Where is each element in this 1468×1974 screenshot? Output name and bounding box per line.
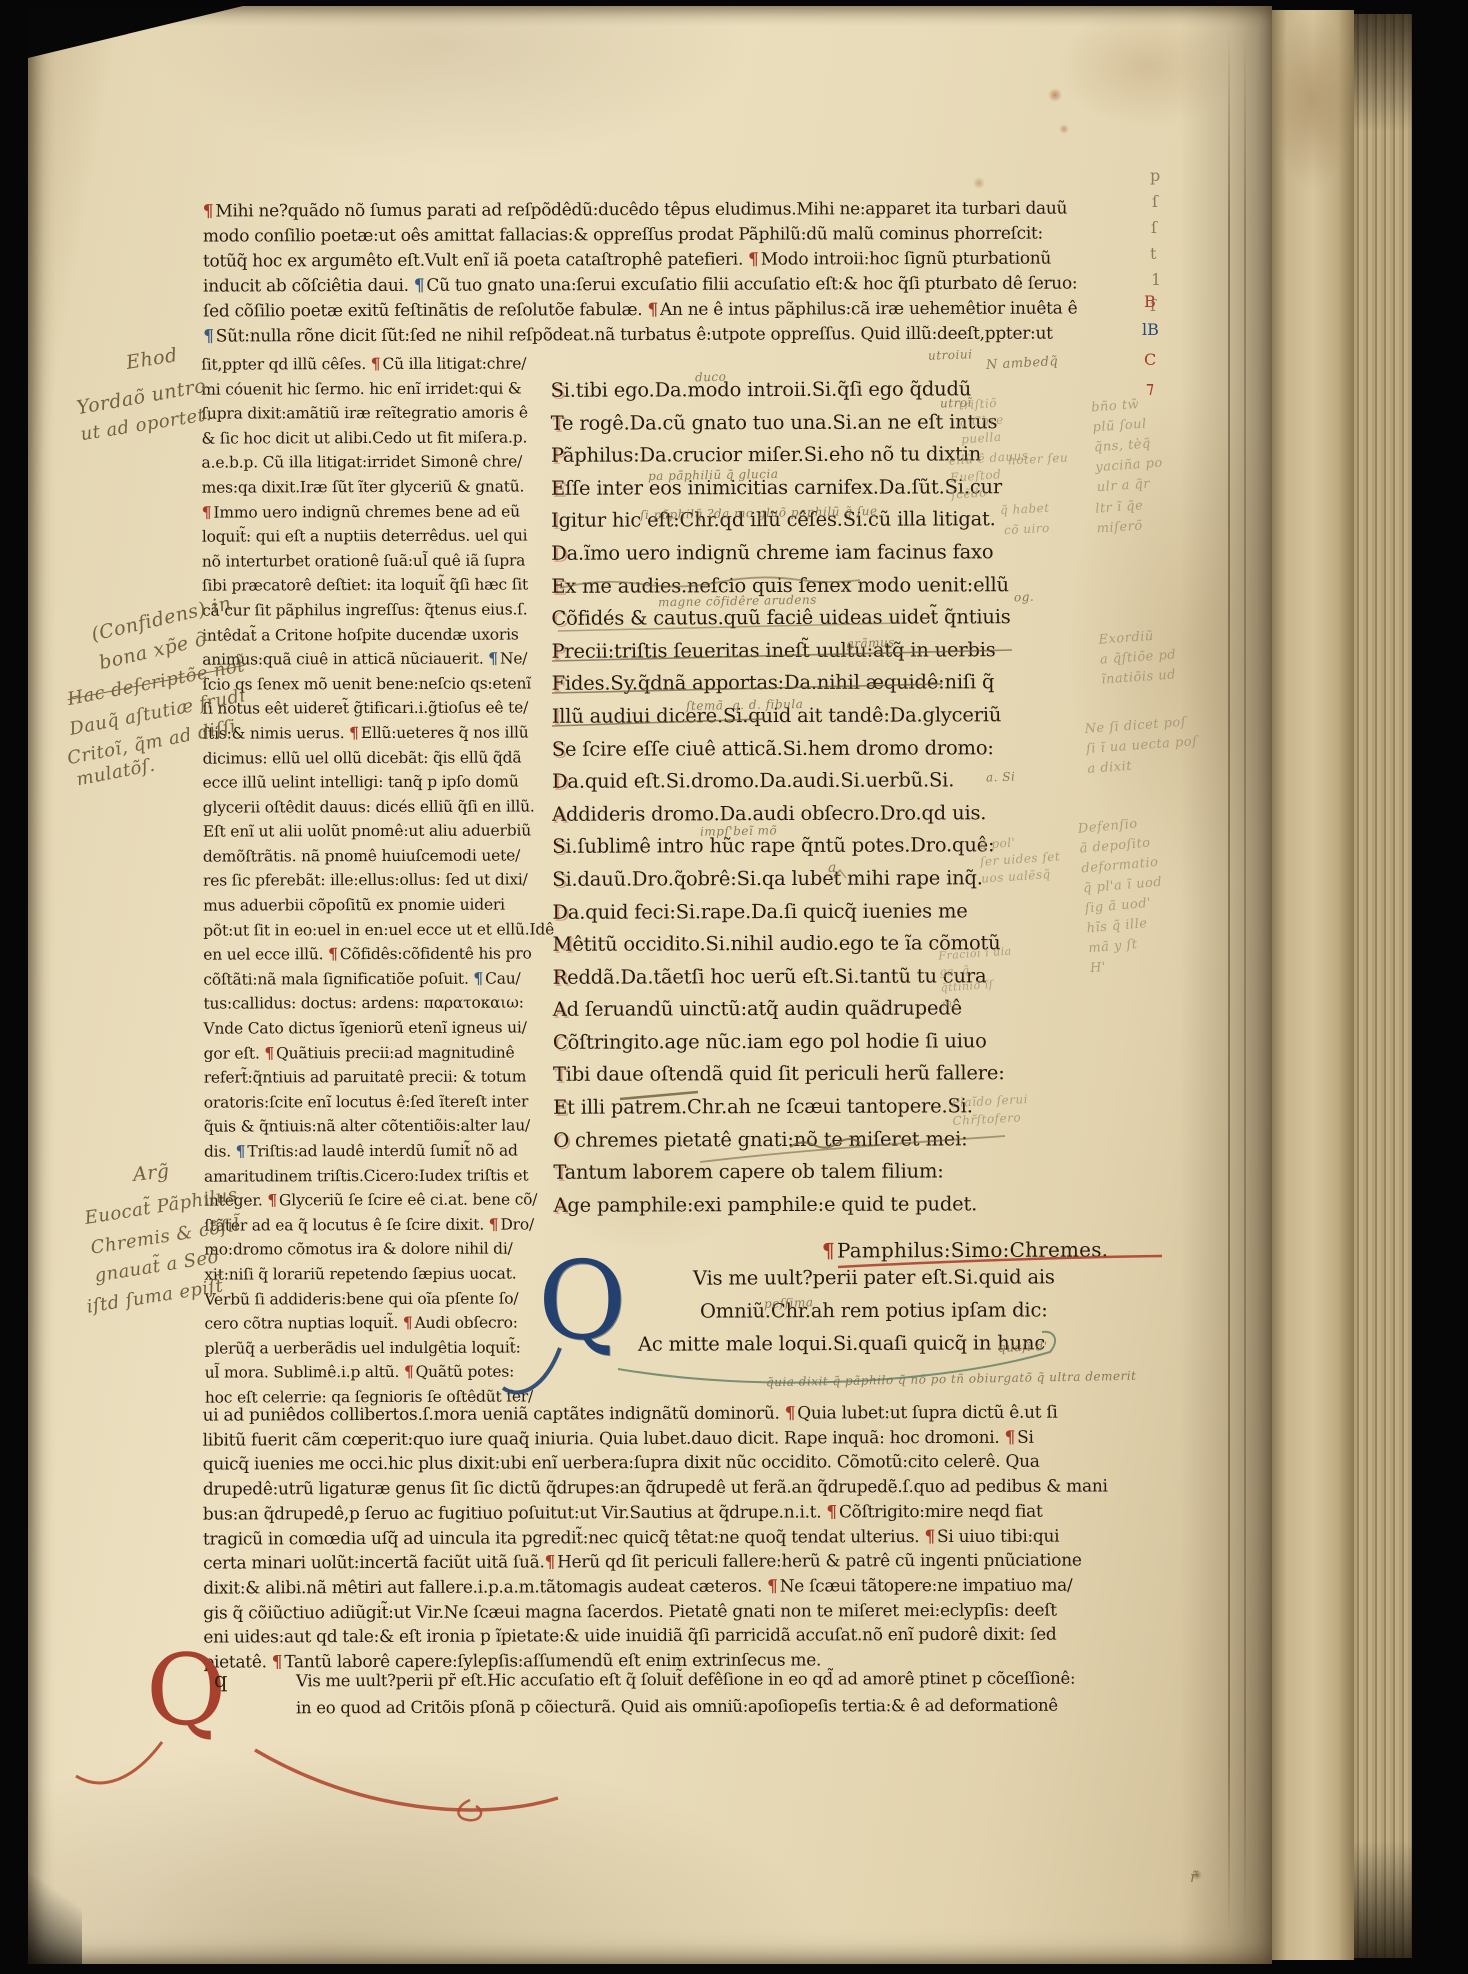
- commentary-line: demõſtrãtis. nã pnomê huiuſcemodi uete/: [203, 843, 554, 869]
- page-corner-shadow-bottom-left: [28, 1830, 82, 1964]
- verse-line: Mêtitũ occidito.Si.nihil audio.ego te ĩa…: [552, 927, 1011, 961]
- pilcrow-red-icon: ¶: [328, 944, 338, 963]
- commentary-line: res ſic pferebãt: ille:ellus:ollus: ſed …: [203, 868, 554, 894]
- verse-line: Illũ audiui dicere.Si.quid ait tandê:Da.…: [552, 699, 1011, 733]
- play-text-column: Si.tibi ego.Da.modo introii.Si.q̃ſi ego …: [551, 373, 1013, 1222]
- commentary-line: q̃uis & q̃ntiuis:nã alter cõtentiõis:alt…: [204, 1114, 555, 1140]
- commentary-line: tus:callidus: doctus: ardens: παρατοκαιω…: [203, 991, 554, 1017]
- commentary-line: modo conſilio poetæ:ut oês amittat falla…: [203, 221, 1077, 249]
- commentary-line: totũq̃ hoc ex argumêto eſt.Vult enĩ iã p…: [203, 246, 1077, 274]
- commentary-line: animus:quã ciuê in atticã nũciauerit. ¶N…: [202, 647, 553, 673]
- pilcrow-blue-icon: ¶: [203, 326, 214, 346]
- pilcrow-red-icon: ¶: [1005, 1427, 1016, 1447]
- pilcrow-red-icon: ¶: [826, 1502, 837, 1522]
- commentary-line: en uel ecce illũ. ¶Cõfidês:cõfidentê his…: [203, 942, 554, 968]
- commentary-line: mi cóuenit hic ſermo. hic enĩ irridet:qu…: [201, 376, 552, 402]
- commentary-line: quicq̃ iuenies me occi.hic plus dixit:ub…: [203, 1450, 1108, 1478]
- commentary-line: intêdat̃ a Critone hoſpite ducendæ uxori…: [202, 622, 553, 648]
- commentary-line: bus:an q̃drupedê,p ſeruo ac fugitiuo poſ…: [203, 1499, 1108, 1527]
- pilcrow-blue-icon: ¶: [473, 968, 483, 987]
- verse-line: Tantum laborem capere ob talem filium:: [553, 1155, 1012, 1189]
- commentary-line: drupedê:utrũ ligaturæ genus ſit ſic dict…: [203, 1475, 1108, 1503]
- book-fore-edge: [1354, 14, 1412, 1958]
- commentary-line: ¶Mihi ne?quãdo nõ ſumus parati ad reſpõd…: [203, 196, 1077, 224]
- commentary-line: tragicũ in comœdia uſq̃ ad uincula ita p…: [203, 1524, 1108, 1552]
- verse-line: Da.quid feci:Si.rape.Da.ſi quicq̃ iuenie…: [552, 895, 1011, 929]
- pilcrow-red-icon: ¶: [924, 1527, 935, 1547]
- verse-line: Ad ſeruandũ uinctũ:atq̃ audin quãdrupedê: [553, 992, 1012, 1026]
- commentary-line: inducit ab cõſciêtia daui. ¶Cũ tuo gnato…: [203, 271, 1077, 299]
- commentary-line: libitũ fuerit cãm cœperit:quo iure quaq̃…: [203, 1425, 1108, 1453]
- verse-line: Si.ſublimê intro hũc rape q̃ntũ potes.Dr…: [552, 830, 1011, 864]
- commentary-line: Eſt enĩ ut alii uolũt pnomê:ut aliu adue…: [203, 819, 554, 845]
- verse-line: Fides.Sy.q̃dnã apportas:Da.nihil æquidê:…: [552, 667, 1011, 701]
- verse-line: O chremes pietatê gnati:nõ te miſeret me…: [553, 1123, 1012, 1157]
- commentary-line: ſupra dixit:amãtiũ iræ reĩtegratio amori…: [201, 401, 552, 427]
- pilcrow-blue-icon: ¶: [488, 649, 498, 668]
- verse-line: Se ſcire eſſe ciuê atticã.Si.hem dromo d…: [552, 732, 1011, 766]
- gutter-shadow: [1180, 6, 1272, 1964]
- commentary-line: ſi notus eêt uideret̃ g̃tificari.i.g̃tio…: [202, 696, 553, 722]
- next-leaf-edge: [1272, 10, 1354, 1960]
- commentary-line: plerũq̃ a uerberãdis uel indulgêtia loqu…: [205, 1335, 556, 1361]
- commentary-line: mes:qa dixit.Iræ ſũt ĩter glyceriũ & gna…: [202, 474, 553, 500]
- commentary-line: loquit̃: qui eſt a nuptiis deterrêdus. u…: [202, 524, 553, 550]
- commentary-line: Vis me uult?perii pr̃ eſt.Hic accuſatio …: [296, 1669, 1075, 1691]
- illuminated-initial-blue-Q: Q: [538, 1248, 627, 1356]
- commentary-line: amaritudinem triſtis.Cicero:Iudex triſti…: [204, 1163, 555, 1189]
- verse-line: Omniũ.Chr.ah rem potius ipſam dic:: [700, 1298, 1048, 1322]
- verse-line: Age pamphile:exi pamphile:e quid te pude…: [553, 1188, 1012, 1222]
- commentary-line: põt:ut ſit in eo:uel in en:uel ecce ut e…: [203, 917, 554, 943]
- commentary-line: ul̃ mora. Sublimê.i.p altũ. ¶Quãtũ potes…: [205, 1360, 556, 1386]
- verse-line: Tibi daue oſtendã quid ſit periculi herũ…: [553, 1058, 1012, 1092]
- commentary-line: cero cõtra nuptias loquit̃. ¶Audi obſecr…: [205, 1311, 556, 1337]
- top-commentary-block: ¶Mihi ne?quãdo nõ ſumus parati ad reſpõd…: [203, 196, 1078, 349]
- commentary-line: dis. ¶Triſtis:ad laudê interdũ ſumit̃ nõ…: [204, 1138, 555, 1164]
- pilcrow-red-icon: ¶: [349, 723, 359, 742]
- commentary-line: mus aduerbii cõpoſitũ ex pnomie uideri: [203, 892, 554, 918]
- pilcrow-red-icon: ¶: [767, 1576, 778, 1596]
- commentary-line: dixit:& alibi.nã mêtiri aut fallere.i.p.…: [203, 1573, 1108, 1601]
- commentary-line: xit:niſi q̃ lorariũ repetendo ſæpius uoc…: [204, 1261, 555, 1287]
- verse-line: Cõfidés & cautus.quũ faciê uideas uidet̃…: [551, 601, 1010, 635]
- pilcrow-red-icon: ¶: [822, 1238, 835, 1262]
- commentary-line: integer. ¶Glyceriũ ſe ſcire eê ci.at. be…: [204, 1188, 555, 1214]
- pilcrow-red-icon: ¶: [545, 1553, 556, 1573]
- pilcrow-red-icon: ¶: [785, 1404, 796, 1424]
- left-commentary-column: ſit,ppter qd illũ cêſes. ¶Cũ illa litiga…: [201, 351, 556, 1410]
- commentary-line: dicimus: ellũ uel ollũ dicebãt: q̃is ell…: [203, 745, 554, 771]
- guide-letter: q: [214, 1668, 228, 1692]
- commentary-line: gis q̃ cõiũctiuo adiũgit̃:ut Vir.Ne ſcæu…: [203, 1598, 1108, 1626]
- verse-line: Te rogê.Da.cũ gnato tuo una.Si.an ne eſt…: [551, 406, 1010, 440]
- commentary-line: certa minari uolũt:incertã faciũt uitã ſ…: [203, 1549, 1108, 1577]
- pilcrow-red-icon: ¶: [647, 300, 658, 320]
- commentary-line: ſcio qs ſenex mõ uenit bene:neſcio qs:et…: [202, 671, 553, 697]
- commentary-line: cã cur ſit pãphilus ingreſſus: q̃tenus e…: [202, 597, 553, 623]
- book-photograph: { "colors": { "ink": "#261a0e", "rubric_…: [0, 0, 1468, 1974]
- commentary-line: ſit,ppter qd illũ cêſes. ¶Cũ illa litiga…: [201, 351, 552, 377]
- verse-line: Cõſtringito.age nũc.iam ego pol hodie ſi…: [553, 1025, 1012, 1059]
- commentary-line: ecce illũ uelint intelligi: tanq̃ p ipſo…: [203, 769, 554, 795]
- pilcrow-red-icon: ¶: [202, 502, 212, 521]
- commentary-line: ſtis:& nimis uerus. ¶Ellũ:ueteres q̃ nos…: [202, 720, 553, 746]
- commentary-line: ¶Sũt:nulla rõne dicit ſũt:ſed ne nihil r…: [203, 321, 1077, 349]
- commentary-line: a.e.b.p. Cũ illa litigat:irridet Simonê …: [201, 450, 552, 476]
- verse-line: Da.quid eſt.Si.dromo.Da.audi.Si.uerbũ.Si…: [552, 764, 1011, 798]
- pilcrow-red-icon: ¶: [403, 1313, 413, 1332]
- commentary-line: oratoris:ſcite enĩ locutus ê:ſed ĩtereſt…: [204, 1089, 555, 1115]
- commentary-line: in eo quod ad Critõis pſonã p cõiecturã.…: [296, 1696, 1058, 1718]
- page-crease: [1244, 30, 1246, 1938]
- bottom-commentary-block: ui ad puniêdos collibertos.ſ.mora ueniã …: [203, 1400, 1109, 1675]
- commentary-line: ui ad puniêdos collibertos.ſ.mora ueniã …: [203, 1400, 1108, 1428]
- commentary-line: glycerii oſtêdit dauus: dicés elliũ q̃ſi…: [203, 794, 554, 820]
- pilcrow-red-icon: ¶: [272, 1652, 283, 1672]
- verse-line: Precii:triſtis ſeueritas ineſt̃ uultu:at…: [551, 634, 1010, 668]
- verse-line: Igitur hic eſt:Chr.qd illũ cêſes.Si.cũ i…: [551, 504, 1010, 538]
- commentary-line: & ſic hoc dicit ut alibi.Cedo ut fit miſ…: [201, 425, 552, 451]
- verse-line: Si.tibi ego.Da.modo introii.Si.q̃ſi ego …: [551, 373, 1010, 407]
- commentary-line: refert̃:q̃ntiuis ad paruitatê precii: & …: [204, 1065, 555, 1091]
- commentary-line: ſtãter ad ea q̃ locutus ê ſe ſcire dixit…: [204, 1212, 555, 1238]
- commentary-line: Vnde Cato dictus ĩgeniorũ etenĩ igneus u…: [203, 1015, 554, 1041]
- pilcrow-blue-icon: ¶: [414, 276, 425, 296]
- scene-heading: ¶Pamphilus:Simo:Chremes.: [822, 1238, 1108, 1263]
- commentary-line: ¶Immo uero indignũ chremes bene ad eũ: [202, 499, 553, 525]
- commentary-line: nõ interturbet orationê ſuã:ul̃ quê iã ſ…: [202, 548, 553, 574]
- commentary-line: ſed cõſilio poetæ exitũ feſtinãtis de re…: [203, 296, 1077, 324]
- pilcrow-red-icon: ¶: [264, 1043, 274, 1062]
- verse-line: Ac mitte male loqui.Si.quaſi quicq̃ in h…: [638, 1331, 1045, 1355]
- pilcrow-red-icon: ¶: [371, 354, 381, 373]
- pilcrow-blue-icon: ¶: [236, 1141, 246, 1160]
- verse-line: Da.ĩmo uero indignũ chreme iam facinus f…: [551, 536, 1010, 570]
- verse-line: Ex me audies.neſcio quis ſenex modo ueni…: [551, 569, 1010, 603]
- commentary-line: cõſtãti:nã mala ſignificatiõe poſuit. ¶C…: [203, 966, 554, 992]
- verse-line: Vis me uult?perii pater eſt.Si.quid ais: [693, 1265, 1055, 1289]
- verse-line: Eſſe inter eos inimicitias carnifex.Da.ſ…: [551, 471, 1010, 505]
- commentary-line: ſibi præcatorê deſtiet: ita loquit̃ q̃ſi…: [202, 573, 553, 599]
- verse-line: Reddã.Da.tãetſi hoc uerũ eſt.Si.tantũ tu…: [553, 960, 1012, 994]
- pilcrow-red-icon: ¶: [489, 1214, 499, 1233]
- pilcrow-red-icon: ¶: [748, 250, 759, 270]
- pilcrow-red-icon: ¶: [203, 201, 214, 221]
- pilcrow-red-icon: ¶: [267, 1191, 277, 1210]
- verse-line: Addideris dromo.Da.audi obſecro.Dro.qd u…: [552, 797, 1011, 831]
- commentary-line: eni uides:aut qd tale:& eſt ironia p ĩpi…: [203, 1623, 1108, 1651]
- commentary-line: mo:dromo cõmotus ira & dolore nihil di/: [204, 1237, 555, 1263]
- verse-line: Si.dauũ.Dro.q̃obrê:Si.qa lubet mihi rape…: [552, 862, 1011, 896]
- verse-line: Et illi patrem.Chr.ah ne ſcæui tantopere…: [553, 1090, 1012, 1124]
- commentary-line: gor eſt. ¶Quãtiuis precii:ad magnitudinê: [204, 1040, 555, 1066]
- verse-line: Pãphilus:Da.crucior miſer.Si.eho nõ tu d…: [551, 438, 1010, 472]
- commentary-line: Verbũ ſi addideris:bene qui oĩa pſente ſ…: [204, 1286, 555, 1312]
- pilcrow-red-icon: ¶: [404, 1362, 414, 1381]
- page-crease: [1228, 30, 1230, 1938]
